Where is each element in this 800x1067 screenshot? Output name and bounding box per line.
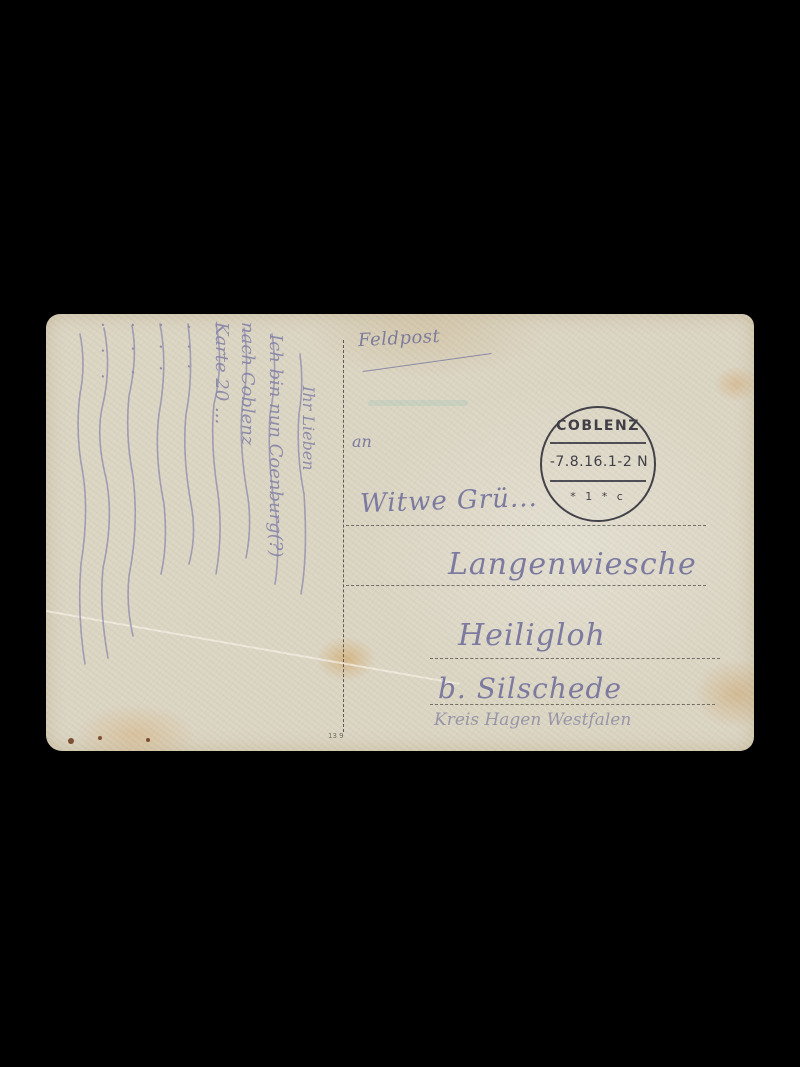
- address-town: b. Silschede: [438, 672, 622, 705]
- faint-stamp-trace: [368, 400, 468, 406]
- address-prefix: an: [352, 432, 372, 451]
- photo-background: Ihr Lieben Ich bin nun Coenburg(?) nach …: [0, 0, 800, 1067]
- message-area: Ihr Lieben Ich bin nun Coenburg(?) nach …: [60, 314, 340, 744]
- handwriting-strokes: [60, 314, 340, 744]
- address-line-rule: [346, 525, 706, 526]
- address-locality: Heiligloh: [458, 618, 606, 653]
- printer-mark: 13 9: [328, 732, 344, 740]
- postmark-stamp: COBLENZ -7.8.16.1-2 N * 1 * c: [540, 406, 656, 522]
- feldpost-underline: [363, 353, 492, 372]
- center-divider: [343, 340, 344, 732]
- postmark-city: COBLENZ: [542, 418, 654, 434]
- stain: [146, 738, 150, 742]
- stain: [98, 736, 102, 740]
- stain: [68, 738, 74, 744]
- feldpost-label: Feldpost: [358, 326, 441, 351]
- address-line-rule: [430, 658, 720, 659]
- address-street: Langenwiesche: [448, 547, 697, 582]
- postmark-date: -7.8.16.1-2 N: [540, 454, 658, 470]
- postcard: Ihr Lieben Ich bin nun Coenburg(?) nach …: [46, 314, 754, 751]
- address-recipient: Witwe Grü...: [360, 483, 539, 519]
- address-line-rule: [346, 585, 706, 586]
- postmark-bottom: * 1 * c: [542, 490, 654, 503]
- address-region: Kreis Hagen Westfalen: [434, 710, 631, 730]
